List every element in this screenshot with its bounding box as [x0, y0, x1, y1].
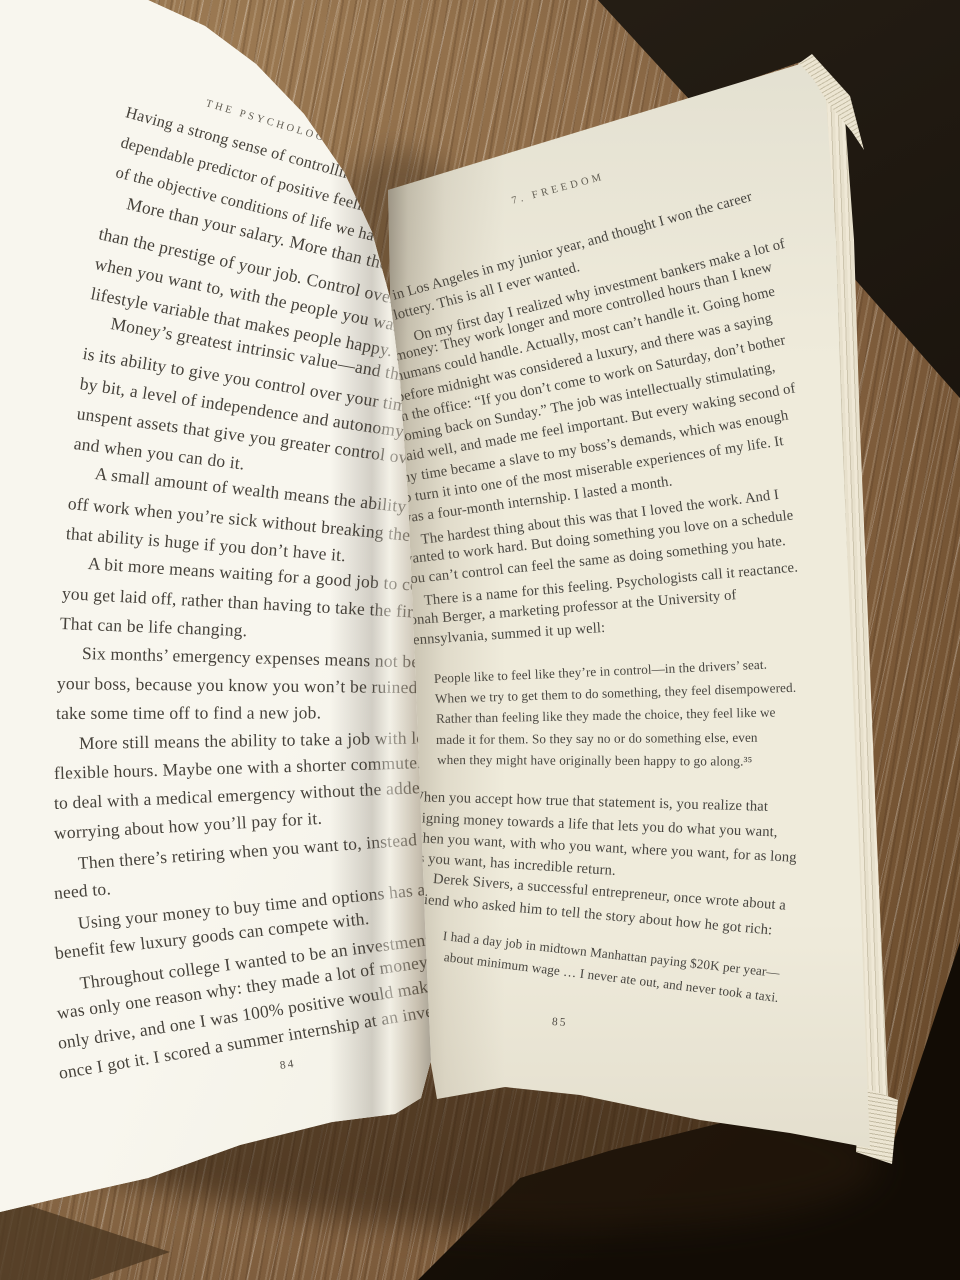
text-line: That can be life changing. — [60, 613, 248, 641]
book-photo-scene: 7. FREEDOM in Los Angeles in my junior y… — [0, 0, 960, 1280]
text-line: Rather than feeling like they made the c… — [435, 705, 775, 727]
text-line: Six months’ emergency expenses means not… — [82, 643, 466, 674]
left-page-number: 84 — [279, 1058, 296, 1072]
text-line: take some time off to find a new job. — [56, 702, 321, 724]
text-line: More still means the ability to take a j… — [79, 727, 446, 754]
text-line: when they might have originally been hap… — [437, 752, 752, 770]
text-line: your boss, because you know you won’t be… — [57, 673, 456, 699]
text-line: need to. — [53, 878, 112, 904]
text-line: to deal with a medical emergency without… — [53, 777, 429, 814]
text-line: made it for them. So they say no or do s… — [436, 729, 758, 747]
right-running-header: 7. FREEDOM — [511, 171, 606, 206]
right-page-number: 85 — [552, 1016, 568, 1029]
